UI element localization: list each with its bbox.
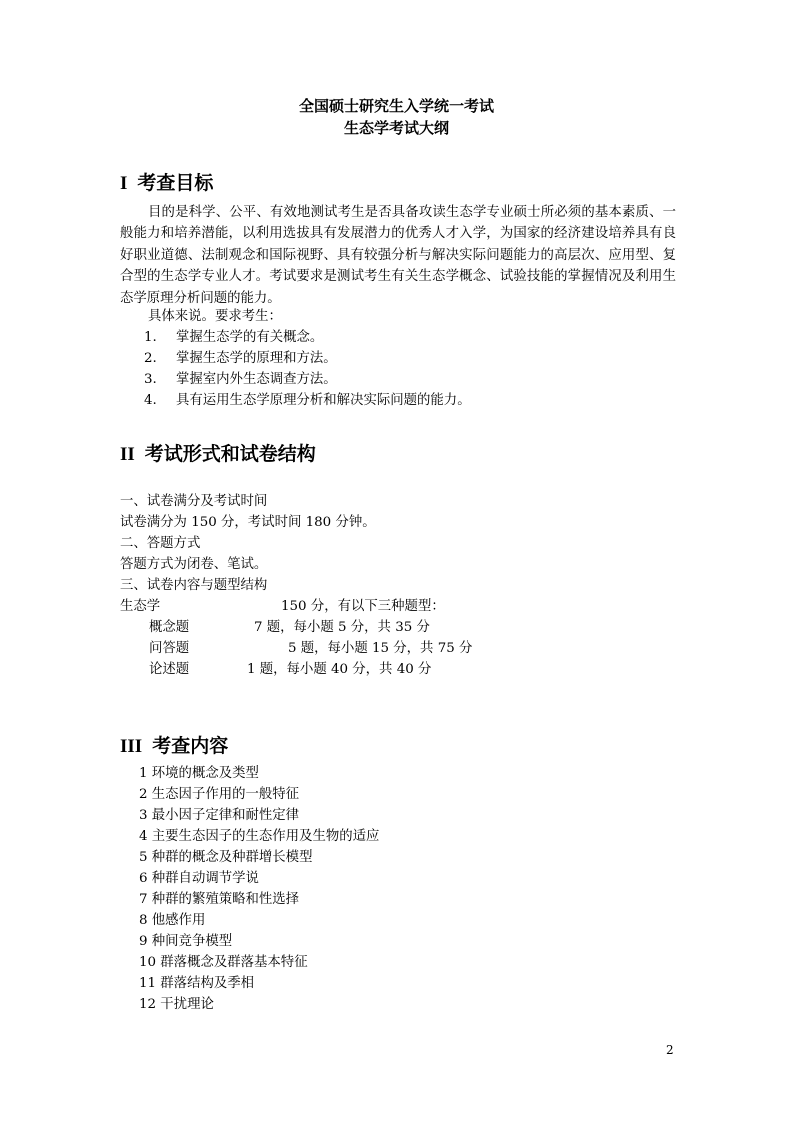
section-1-intro: 具体来说。要求考生： — [148, 306, 282, 327]
question-type-desc: 5 题，每小题 15 分，共 75 分 — [288, 638, 472, 659]
content-item-5: 5 种群的概念及种群增长模型 — [139, 847, 312, 868]
content-item-1: 1 环境的概念及类型 — [139, 763, 259, 784]
question-type-name: 问答题 — [149, 638, 189, 659]
section-1-number: I — [120, 173, 127, 194]
document-title: 全国硕士研究生入学统一考试 — [0, 95, 793, 116]
content-item-8: 8 他感作用 — [139, 910, 205, 931]
exam-info-line: 一、试卷满分及考试时间 — [120, 491, 267, 512]
objective-text: 掌握生态学的有关概念。 — [176, 330, 323, 345]
objective-number: 1. — [144, 327, 176, 348]
content-item-9: 9 种间竞争模型 — [139, 931, 232, 952]
subject-desc: 150 分，有以下三种题型： — [281, 596, 445, 617]
section-3-heading: III考查内容 — [120, 731, 228, 758]
question-type-name: 概念题 — [149, 617, 189, 638]
section-1-heading: I考查目标 — [120, 168, 213, 195]
exam-info-line: 三、试卷内容与题型结构 — [120, 575, 267, 596]
section-1-paragraph: 目的是科学、公平、有效地测试考生是否具备攻读生态学专业硕士所必须的基本素质、一般… — [120, 202, 676, 309]
content-item-4: 4 主要生态因子的生态作用及生物的适应 — [139, 826, 379, 847]
objective-item-2: 2.掌握生态学的原理和方法。 — [144, 348, 337, 369]
exam-info-line: 试卷满分为 150 分，考试时间 180 分钟。 — [120, 512, 376, 533]
objective-text: 掌握生态学的原理和方法。 — [176, 351, 337, 366]
content-item-12: 12 干扰理论 — [139, 994, 214, 1015]
page-number: 2 — [666, 1043, 674, 1057]
objective-item-3: 3.掌握室内外生态调查方法。 — [144, 369, 337, 390]
exam-info-line: 二、答题方式 — [120, 533, 200, 554]
section-3-title: 考查内容 — [152, 735, 228, 757]
question-type-desc: 7 题，每小题 5 分，共 35 分 — [254, 617, 430, 638]
content-item-7: 7 种群的繁殖策略和性选择 — [139, 889, 299, 910]
subject-name: 生态学 — [120, 596, 160, 617]
section-1-title: 考查目标 — [137, 172, 213, 194]
content-item-10: 10 群落概念及群落基本特征 — [139, 952, 308, 973]
section-2-title: 考试形式和试卷结构 — [145, 443, 316, 465]
objective-number: 2. — [144, 348, 176, 369]
question-type-name: 论述题 — [149, 659, 189, 680]
content-item-2: 2 生态因子作用的一般特征 — [139, 784, 299, 805]
objective-item-1: 1.掌握生态学的有关概念。 — [144, 327, 323, 348]
section-2-number: II — [120, 444, 135, 465]
content-item-11: 11 群落结构及季相 — [139, 973, 254, 994]
exam-info-line: 答题方式为闭卷、笔试。 — [120, 554, 267, 575]
document-subtitle: 生态学考试大纲 — [0, 117, 793, 138]
objective-text: 具有运用生态学原理分析和解决实际问题的能力。 — [176, 393, 471, 408]
content-item-3: 3 最小因子定律和耐性定律 — [139, 805, 299, 826]
objective-number: 3. — [144, 369, 176, 390]
section-3-number: III — [120, 736, 142, 757]
objective-number: 4. — [144, 390, 176, 411]
objective-item-4: 4.具有运用生态学原理分析和解决实际问题的能力。 — [144, 390, 471, 411]
content-item-6: 6 种群自动调节学说 — [139, 868, 259, 889]
objective-text: 掌握室内外生态调查方法。 — [176, 372, 337, 387]
question-type-desc: 1 题，每小题 40 分，共 40 分 — [247, 659, 431, 680]
section-2-heading: II考试形式和试卷结构 — [120, 439, 316, 466]
